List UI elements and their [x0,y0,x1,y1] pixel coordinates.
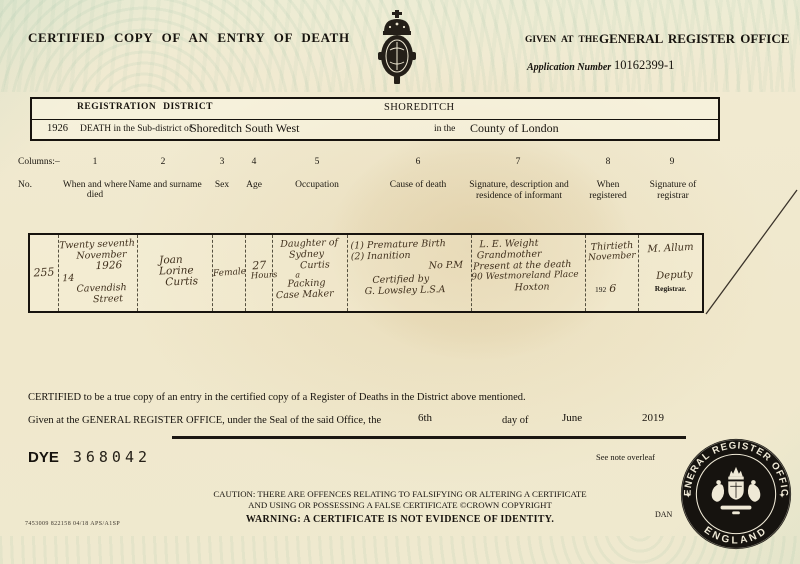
cell-name-surname: Joan Lorine Curtis [138,235,213,311]
warning-line: WARNING: A CERTIFICATE IS NOT EVIDENCE O… [150,514,650,525]
cell-entry-number: 255 [30,235,59,311]
horizontal-rule [172,436,686,439]
no-column-label: No. [18,180,32,190]
seal-left-star-icon: ✦ [685,490,693,500]
cell-age: 27 Hours [246,235,273,311]
registrar-signature: M. Allum [639,241,702,255]
cause-line: G. Lowsley L.S.A [365,283,472,297]
register-entry-table: 255 Twenty seventh November 1926 14 Cave… [28,233,704,313]
registrar-title: Deputy [647,269,703,283]
column-label-2: Name and surname [113,180,217,190]
initials-dan: DAN [655,510,672,519]
seal-right-star-icon: ✦ [779,490,787,500]
name-line: Curtis [151,276,213,289]
entry-number: 255 [30,266,59,278]
cell-registrar-signature: M. Allum Deputy Registrar. [639,235,702,311]
column-number-3: 3 [212,157,232,167]
day-of-label: day of [502,415,529,426]
certified-statement: CERTIFIED to be a true copy of an entry … [28,392,526,403]
issue-month: June [562,412,582,424]
cell-occupation: Daughter of Sydney Curtis a Packing Case… [273,235,348,311]
issue-year: 2019 [642,412,664,424]
handwritten-year-digit: 6 [609,282,616,295]
caution-line-2: AND USING OR POSSESSING A FALSE CERTIFIC… [150,500,650,510]
certificate-title: CERTIFIED COPY OF AN ENTRY OF DEATH [28,30,350,46]
cell-when-where-died: Twenty seventh November 1926 14 Cavendis… [59,235,138,311]
column-number-8: 8 [598,157,618,167]
column-label-3: Sex [204,180,240,190]
registration-year: 1926 [47,123,68,134]
columns-label: Columns:– [18,157,60,167]
print-code: 7453009 822158 04/18 APS/A1SP [25,521,120,527]
column-number-5: 5 [307,157,327,167]
serial-number: 368042 [73,448,151,466]
printed-year-stub: 192 [595,285,606,294]
in-the-label: in the [434,124,455,134]
column-label-4: Age [236,180,272,190]
serial-prefix: DYE [28,449,59,466]
royal-crest-icon [374,10,420,86]
column-number-7: 7 [508,157,528,167]
sex-value: Female [213,267,246,280]
column-label-8: When registered [578,180,638,201]
death-certificate-document: CERTIFIED COPY OF AN ENTRY OF DEATH GIVE… [0,0,800,564]
column-number-6: 6 [408,157,428,167]
issue-day: 6th [418,412,432,424]
application-number-value: 10162399-1 [614,58,674,73]
registrar-printed-label: Registrar. [639,284,702,293]
column-number-4: 4 [244,157,264,167]
gro-seal-icon: GENERAL REGISTER OFFICE ENGLAND ✦ ✦ [678,436,794,552]
death-in-subdistrict-label: DEATH in the Sub-district of [80,124,192,134]
cell-sex: Female [213,235,246,311]
district-name: SHOREDITCH [384,102,455,113]
column-label-9: Signature of registrar [637,180,709,201]
column-number-9: 9 [662,157,682,167]
given-at-statement: Given at the GENERAL REGISTER OFFICE, un… [28,415,381,426]
given-at-label: GIVEN AT THE [525,35,599,45]
county-name: County of London [470,121,559,136]
when-registered-line: November [586,251,639,265]
office-name: GENERAL REGISTER OFFICE [599,31,789,47]
caution-line-1: CAUTION: THERE ARE OFFENCES RELATING TO … [150,489,650,499]
occupation-line: Case Maker [276,288,348,302]
see-note-overleaf: See note overleaf [596,452,655,462]
registration-district-box: REGISTRATION DISTRICT SHOREDITCH 1926 DE… [30,97,720,141]
cell-cause-of-death: (1) Premature Birth (2) Inanition No P.M… [348,235,472,311]
column-number-2: 2 [153,157,173,167]
column-number-1: 1 [85,157,105,167]
column-label-5: Occupation [277,180,357,190]
where-died-line: Street [78,293,138,306]
serial-number-block: DYE 368042 [28,448,151,467]
registration-district-label: REGISTRATION DISTRICT [77,102,213,112]
column-label-7: Signature, description and residence of … [453,180,585,201]
cell-when-registered: Thirtieth November 1926 [586,235,639,311]
cell-informant: L. E. Weight Grandmother Present at the … [472,235,586,311]
application-number-label: Application Number [527,62,611,73]
sub-district-name: Shoreditch South West [190,121,299,136]
